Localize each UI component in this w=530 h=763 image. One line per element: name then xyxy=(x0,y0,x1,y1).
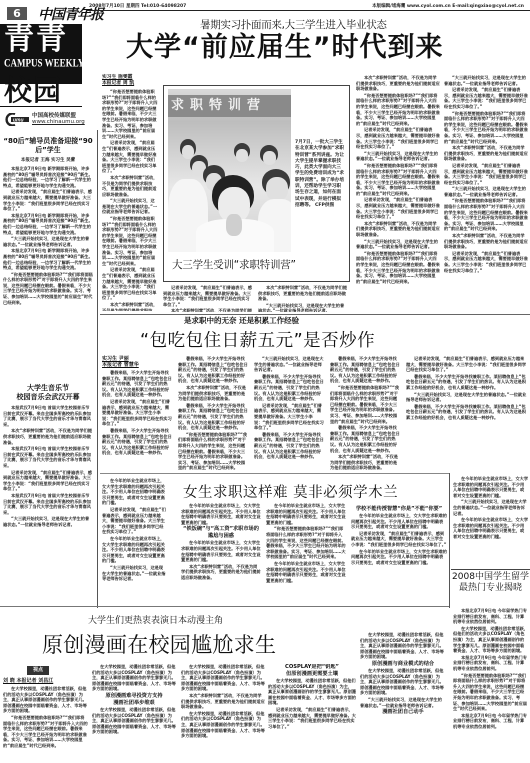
partner-name: 中国高校传媒联盟 xyxy=(32,111,76,119)
story3-headline: 女生求职这样难 莫非必须学木兰 xyxy=(183,481,398,502)
story4-body-col1: 在大学校园里，动漫社团非常活跃，但他们的活动大多以COSPLAY（角色扮演）为主… xyxy=(3,686,88,762)
sidebar-story-1-title: “80后”辅导员准备迎接“90后”学生 xyxy=(2,137,94,155)
lead-body-col1: “你是否想要提前体验职场?”“我们即将面临什么样的求职形势?”对于即将升入大四的… xyxy=(102,89,158,311)
story4-subheading-2: COSPLAY是把“钥匙” 但原创漫画更需要土壤 xyxy=(268,664,356,678)
lead-headline: 大学“前应届生”时代到来 xyxy=(126,33,444,63)
box-2008-title: 2008中国学生留学最热门专业揭晓 xyxy=(451,572,530,594)
page-number: 6 xyxy=(7,7,27,20)
story3-body-col2: 在今年的毕业生就业市场上，女大学生求职难的问题再次引起关注。不少用人单位在招聘中… xyxy=(266,503,346,601)
section-name-cn2: 校园 xyxy=(4,76,62,106)
story2-body-col1: 暑假来临，不少大学生开始寻找兼职工作。某招聘信息上“包吃包住日薪五元”的待遇，引… xyxy=(102,370,172,470)
section-divider xyxy=(0,606,449,607)
lead-byline: 实习生 施雯霞 本报记者 周 凯 xyxy=(102,75,158,87)
lead-body-col5: “大三就开始找实习，这是现在大学生的普遍状态。”一位就业指导老师告诉记者。记者采… xyxy=(444,75,528,312)
photo-caption: 大三学生受训“求职特训营” xyxy=(172,257,296,272)
sidebar-story-2-body: 本报武汉7月9日电 首届大学生校园音乐节日前在武汉开幕。来自全国多所高校的乐队参… xyxy=(3,405,93,605)
story4-body-col2: 在大学校园里，动漫社团非常活跃，但他们的活动大多以COSPLAY（角色扮演）为主… xyxy=(92,664,176,762)
story4-tag: 视点 xyxy=(27,666,49,675)
story2-body-col4: 暑假来临，不少大学生开始寻找兼职工作。某招聘信息上“包吃包住日薪五元”的待遇，引… xyxy=(330,356,400,470)
photo-banner: 求职特训营 xyxy=(168,95,291,117)
partner-url-link[interactable]: www.chinaumu.org xyxy=(32,119,85,125)
date-line: 2008年7月10日 星期四 Tel:010-64098207 xyxy=(89,3,186,9)
story4-body-col4: COSPLAY是把“钥匙” 但原创漫画更需要土壤 在大学校园里，动漫社团非常活跃… xyxy=(268,664,356,762)
section-divider xyxy=(100,314,530,315)
box-2008-body: 本报北京7月9日电 今年留学热门专业排行榜日前发布，商科、工程、计算机等专业依然… xyxy=(453,608,528,760)
story2-byline: 实习生 尹丽 本报记者 曾慧华 xyxy=(102,356,142,368)
story4-subheading-4: 漫画社团自己动手 xyxy=(360,709,446,716)
story2-body-col2: 暑假来临，不少大学生开始寻找兼职工作。某招聘信息上“包吃包住日薪五元”的待遇，引… xyxy=(178,356,248,470)
lead-photo: 求职特训营 xyxy=(168,89,291,252)
lead-photo-frame: 求职特训营 7月7日，一批大三学生在北京某大学参加“求职特训营”系列讲座。为让大… xyxy=(163,85,350,282)
story4-byline: 刘 晓 本报记者 刘昌江 xyxy=(3,678,88,684)
svg-text:umu: umu xyxy=(13,117,24,123)
story3-subheading-1: “铁饭碗”与“高工资”求职市场的尴尬与困惑 xyxy=(181,526,261,540)
sidebar-story-2-title: 大学生音乐节 校园音乐会武汉开幕 xyxy=(2,384,94,402)
column-divider xyxy=(449,473,450,608)
story2-subtitle: 是求职中的无奈 还是积累工作经验 xyxy=(184,315,299,326)
box-divider xyxy=(451,569,530,570)
divider xyxy=(0,106,82,107)
story3-subheading-2: 学校不能传授智慧“你是”不能“你要” xyxy=(351,506,447,513)
story4-headline: 原创漫画在校园尴尬求生 xyxy=(42,629,276,659)
story4-subheading-3: 原创漫画与商业模式的结合 xyxy=(360,661,446,668)
story2-body-col5: 记者采访发现，“前应届生”们普遍表示，感到就业压力越来越大，需要提早做好准备。大… xyxy=(406,356,528,470)
story4-body-col5: 在大学校园里，动漫社团非常活跃，但他们的活动大多以COSPLAY（角色扮演）为主… xyxy=(360,632,446,762)
story2-headline: “包吃包住日薪五元”是否炒作 xyxy=(140,327,375,352)
story4-body-col3: 在大学校园里，动漫社团非常活跃，但他们的活动大多以COSPLAY（角色扮演）为主… xyxy=(181,664,265,762)
section-divider xyxy=(100,473,450,474)
top-rule xyxy=(86,10,530,11)
umu-logo-icon: umu xyxy=(5,111,29,124)
column-divider xyxy=(97,130,98,608)
sidebar-story-1-body: 本报北京7月9日电 新学期即将开始，许多高校的“80后”辅导员将首次迎接“90后… xyxy=(3,166,93,371)
story4-subtitle: 大学生们更热衷表演日本动漫主角 xyxy=(88,613,223,626)
right-col-body: 在今年的毕业生就业市场上，女大学生求职难的问题再次引起关注。不少用人单位在招聘中… xyxy=(453,476,528,561)
lead-body-col2: 记者采访发现，“前应届生”们普遍表示，感到就业压力越来越大，需要提早做好准备。大… xyxy=(163,285,253,312)
story3-body-col1: 在今年的毕业生就业市场上，女大学生求职难的问题再次引起关注。不少用人单位在招聘中… xyxy=(181,503,261,601)
story4-subheading-1: 原创漫画难寻投资方支持 漫画社团举步维艰 xyxy=(92,693,176,707)
editor-contact: 本版编辑/堵海鹰 www.cyol.com.cn E-mail:qingxiao… xyxy=(372,3,524,9)
lead-subtitle: 暑期实习扑面而来,大三学生进入毕业状态 xyxy=(200,17,387,32)
story2-body-col3: “大三就开始找实习，这是现在大学生的普遍状态。”一位就业指导老师告诉记者。暑假来… xyxy=(254,356,324,470)
story3-lead-col: 在今年的毕业生就业市场上，女大学生求职难的问题再次引起关注。不少用人单位在招聘中… xyxy=(102,478,166,603)
lead-body-col4: 本次“求职特训营”活动，不仅是为同学们提供求职技巧，更重要的是为他们提前适应职场… xyxy=(356,75,440,312)
photo-side-caption: 7月7日，一批大三学生在北京某大学参加“求职特训营”系列讲座。为让大学生提早掌握… xyxy=(295,140,345,209)
section-name-en: CAMPUS WEEKLY xyxy=(4,56,84,69)
story3-body-col3: 学校不能传授智慧“你是”不能“你要” 在今年的毕业生就业市场上，女大学生求职难的… xyxy=(351,503,447,601)
sidebar-story-1-byline: 本报记者 王海 实习生 吴蕾 xyxy=(2,157,94,163)
section-name-cn: 青青 xyxy=(4,24,68,56)
lead-body-col3: 本次“求职特训营”活动，不仅是为同学们提供求职技巧，更重要的是为他们提前适应职场… xyxy=(258,285,348,312)
